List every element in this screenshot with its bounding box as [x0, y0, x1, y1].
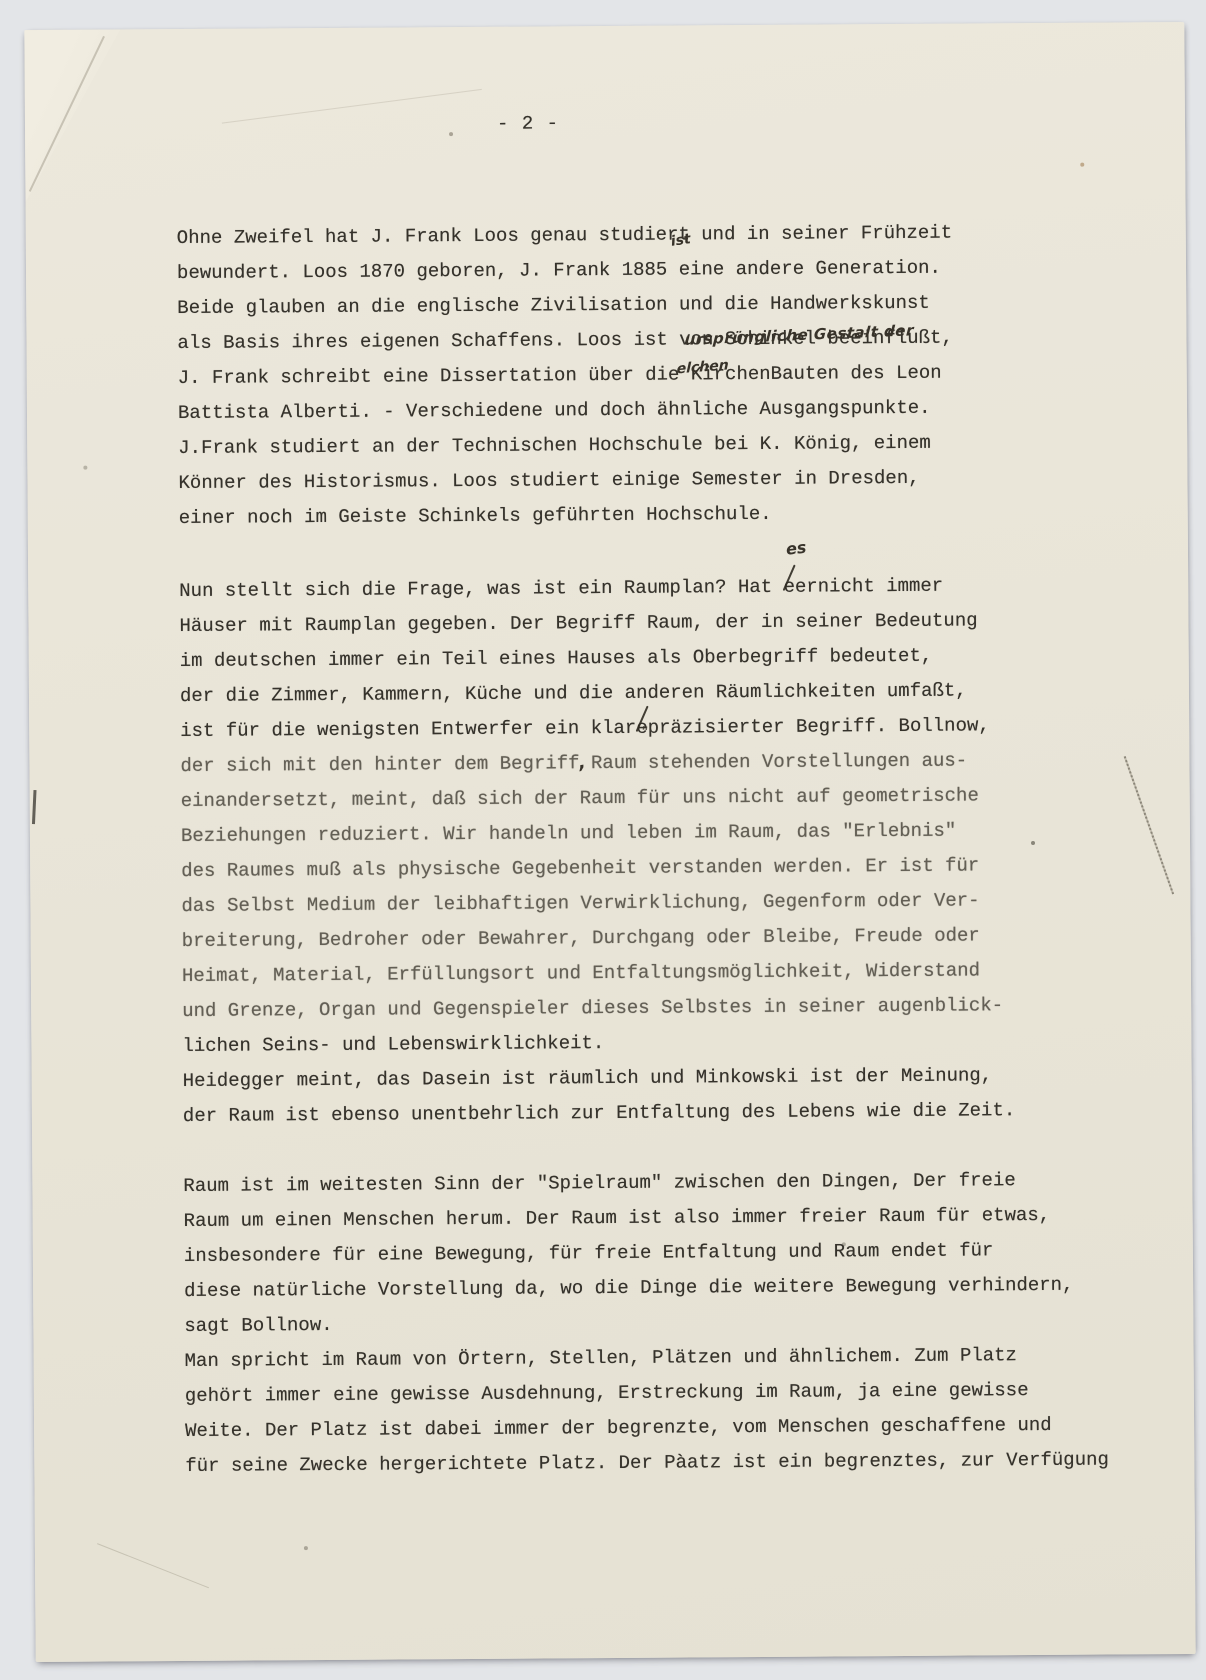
typed-line: J.Frank studiert an der Technischen Hoch… [178, 426, 954, 466]
typed-line: Beziehungen reduziert. Wir handeln und l… [181, 813, 1014, 854]
page-number: - 2 - [497, 112, 559, 134]
typed-line: der sich mit den hinter dem Begriff Raum… [180, 743, 1013, 784]
handwritten-tick-mark: " [641, 724, 649, 740]
corner-fold [24, 29, 121, 202]
typed-line: Heimat, Material, Erfüllungsort und Entf… [182, 953, 1015, 994]
handwritten-insertion-ist: ist [670, 231, 692, 250]
typed-line: der die Zimmer, Kammern, Küche und die a… [180, 673, 1013, 714]
paper-crease [222, 89, 482, 124]
paragraph-1: Ohne Zweifel hat J. Frank Loos genau stu… [177, 216, 955, 536]
typed-line: das Selbst Medium der leibhaftigen Verwi… [181, 883, 1014, 924]
paragraph-2: Nun stellt sich die Frage, was ist ein R… [179, 568, 1015, 1134]
typed-line: Beide glauben an die englische Zivilisat… [177, 286, 953, 326]
scanned-document: { "colors":{ "background":"#e3e5e8", "pa… [0, 0, 1206, 1680]
typed-line: für seine Zwecke hergerichtete Platz. De… [185, 1443, 1109, 1484]
typed-line: bewundert. Loos 1870 geboren, J. Frank 1… [177, 251, 953, 291]
typed-line: einandersetzt, meint, daß sich der Raum … [181, 778, 1014, 819]
paper-sheet: - 2 - Ohne Zweifel hat J. Frank Loos gen… [24, 22, 1195, 1662]
margin-pencil-mark [32, 790, 36, 824]
typed-line: ist für die wenigsten Entwerfer ein klar… [180, 708, 1013, 749]
typed-line: Heidegger meint, das Dasein ist räumlich… [183, 1058, 1016, 1099]
typed-line: und Grenze, Organ und Gegenspieler diese… [182, 988, 1015, 1029]
paper-specks [24, 30, 26, 32]
typed-line: Ohne Zweifel hat J. Frank Loos genau stu… [177, 216, 953, 256]
typed-line: des Raumes muß als physische Gegebenheit… [181, 848, 1014, 889]
struck-letter: e [783, 570, 795, 605]
typed-segment: ernicht immer [795, 575, 943, 598]
typed-line: Könner des Historismus. Loos studiert ei… [178, 461, 954, 501]
typed-line: der Raum ist ebenso unentbehrlich zur En… [183, 1093, 1016, 1134]
handwritten-insertion-es: es [785, 538, 807, 559]
typed-segment: präzisierter Begriff. Bollnow, [648, 714, 990, 738]
typed-segment: ist für die wenigsten Entwerfer ein klar [180, 717, 636, 742]
typed-line: einer noch im Geiste Schinkels geführten… [179, 496, 955, 536]
scratch-crease [1124, 756, 1174, 894]
typed-line: Häuser mit Raumplan gegeben. Der Begriff… [179, 603, 1012, 644]
paper-crease [97, 1543, 209, 1588]
typed-line: lichen Seins- und Lebenswirklichkeit. [182, 1023, 1015, 1064]
typed-line: diese natürliche Vorstellung da, wo die … [184, 1268, 1108, 1309]
typed-line: breiterung, Bedroher oder Bewahrer, Durc… [182, 918, 1015, 959]
paragraph-3: Raum ist im weitesten Sinn der "Spielrau… [183, 1163, 1109, 1484]
typed-line: Nun stellt sich die Frage, was ist ein R… [179, 568, 1012, 609]
typed-line: Battista Alberti. - Verschiedene und doc… [178, 391, 954, 431]
typed-line: J. Frank schreibt eine Dissertation über… [178, 356, 954, 396]
typed-line: im deutschen immer ein Teil eines Hauses… [180, 638, 1013, 679]
typed-segment: Nun stellt sich die Frage, was ist ein R… [179, 576, 783, 602]
